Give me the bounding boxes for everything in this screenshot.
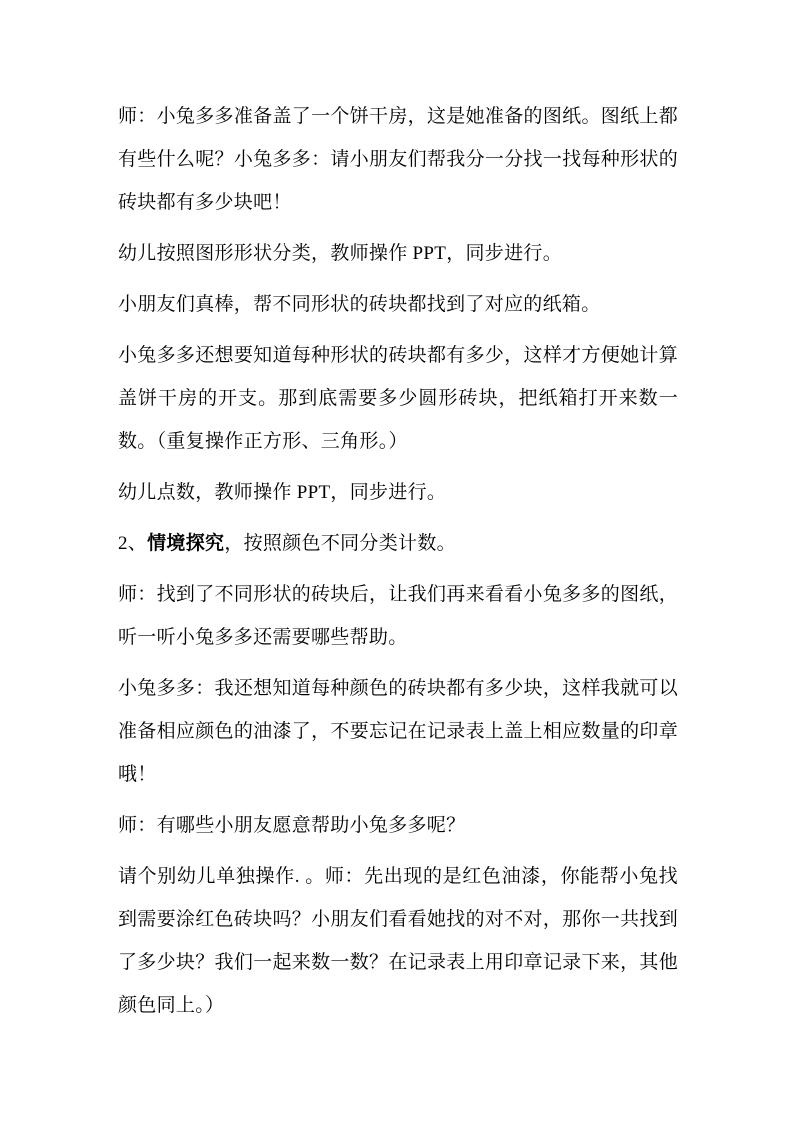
section-heading-bold-text: 情境探究 [147,533,224,554]
paragraph-text: 师：小兔多多准备盖了一个饼干房，这是她准备的图纸。图纸上都有些什么呢？小兔多多：… [118,106,678,213]
paragraph-text: 小朋友们真棒，帮不同形状的砖块都找到了对应的纸箱。 [118,294,601,315]
section-heading-rest-text: ，按照颜色不同分类计数。 [224,533,456,554]
paragraph-text: 小兔多多还想要知道每种形状的砖块都有多少，这样才方便她计算盖饼干房的开支。那到底… [118,345,678,452]
paragraph-praise: 小朋友们真棒，帮不同形状的砖块都找到了对应的纸箱。 [118,283,678,326]
paragraph-text: 师：有哪些小朋友愿意帮助小兔多多呢？ [118,815,465,836]
paragraph-teacher-intro: 师：小兔多多准备盖了一个饼干房，这是她准备的图纸。图纸上都有些什么呢？小兔多多：… [118,95,678,224]
paragraph-counting-task: 小兔多多还想要知道每种形状的砖块都有多少，这样才方便她计算盖饼干房的开支。那到底… [118,334,678,463]
paragraph-text: 师：找到了不同形状的砖块后，让我们再来看看小兔多多的图纸，听一听小兔多多还需要哪… [118,584,678,648]
paragraph-text: 幼儿点数，教师操作 PPT，同步进行。 [118,482,446,503]
document-page: 师：小兔多多准备盖了一个饼干房，这是她准备的图纸。图纸上都有些什么呢？小兔多多：… [0,0,794,1123]
paragraph-activity-note-counting: 幼儿点数，教师操作 PPT，同步进行。 [118,471,678,514]
paragraph-activity-note-shapes: 幼儿按照图形形状分类，教师操作 PPT，同步进行。 [118,232,678,275]
section-heading-2: 2、情境探究，按照颜色不同分类计数。 [118,522,678,565]
paragraph-text: 小兔多多：我还想知道每种颜色的砖块都有多少块，这样我就可以准备相应颜色的油漆了，… [118,678,678,785]
section-number: 2、 [118,533,147,554]
paragraph-teacher-transition: 师：找到了不同形状的砖块后，让我们再来看看小兔多多的图纸，听一听小兔多多还需要哪… [118,573,678,659]
paragraph-rabbit-request: 小兔多多：我还想知道每种颜色的砖块都有多少块，这样我就可以准备相应颜色的油漆了，… [118,667,678,796]
paragraph-text: 幼儿按照图形形状分类，教师操作 PPT，同步进行。 [118,243,562,264]
paragraph-text: 请个别幼儿单独操作. 。师：先出现的是红色油漆，你能帮小兔找到需要涂红色砖块吗？… [118,866,678,1016]
paragraph-teacher-question: 师：有哪些小朋友愿意帮助小兔多多呢？ [118,804,678,847]
paragraph-operation-instructions: 请个别幼儿单独操作. 。师：先出现的是红色油漆，你能帮小兔找到需要涂红色砖块吗？… [118,855,678,1027]
